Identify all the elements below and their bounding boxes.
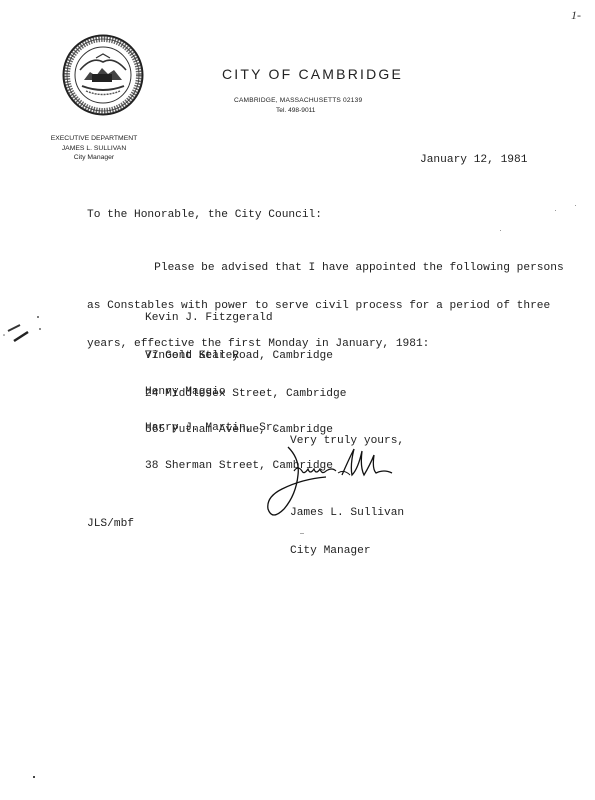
salutation: To the Honorable, the City Council:	[87, 209, 322, 222]
letter-date: January 12, 1981	[420, 154, 527, 167]
signature-block: James L. Sullivan City Manager	[290, 482, 404, 570]
scan-speck	[555, 210, 556, 211]
scan-speck	[575, 205, 576, 206]
signer-name: James L. Sullivan	[290, 507, 404, 520]
sender-department: EXECUTIVE DEPARTMENT	[30, 134, 158, 144]
letterhead-title: CITY OF CAMBRIDGE	[222, 66, 403, 82]
appointee-name: Harry J. Martin, Sr.	[145, 422, 333, 435]
scan-speck	[500, 230, 501, 231]
scan-artifact-mark	[0, 305, 70, 360]
letterhead-telephone: Tel. 498-9011	[276, 107, 315, 114]
page-number-mark: 1-	[571, 8, 581, 23]
signer-title: City Manager	[290, 545, 404, 558]
reference-initials: JLS/mbf	[87, 518, 134, 531]
letterhead-address: CAMBRIDGE, MASSACHUSETTS 02139	[234, 97, 362, 104]
scan-speck	[300, 533, 304, 534]
scan-speck	[33, 776, 35, 778]
city-seal-icon	[62, 34, 144, 116]
sender-title: City Manager	[30, 153, 158, 163]
body-line: Please be advised that I have appointed …	[87, 262, 564, 275]
appointee-name: Kevin J. Fitzgerald	[145, 312, 333, 325]
sender-name: JAMES L. SULLIVAN	[30, 144, 158, 154]
sender-block: EXECUTIVE DEPARTMENT JAMES L. SULLIVAN C…	[30, 134, 158, 163]
